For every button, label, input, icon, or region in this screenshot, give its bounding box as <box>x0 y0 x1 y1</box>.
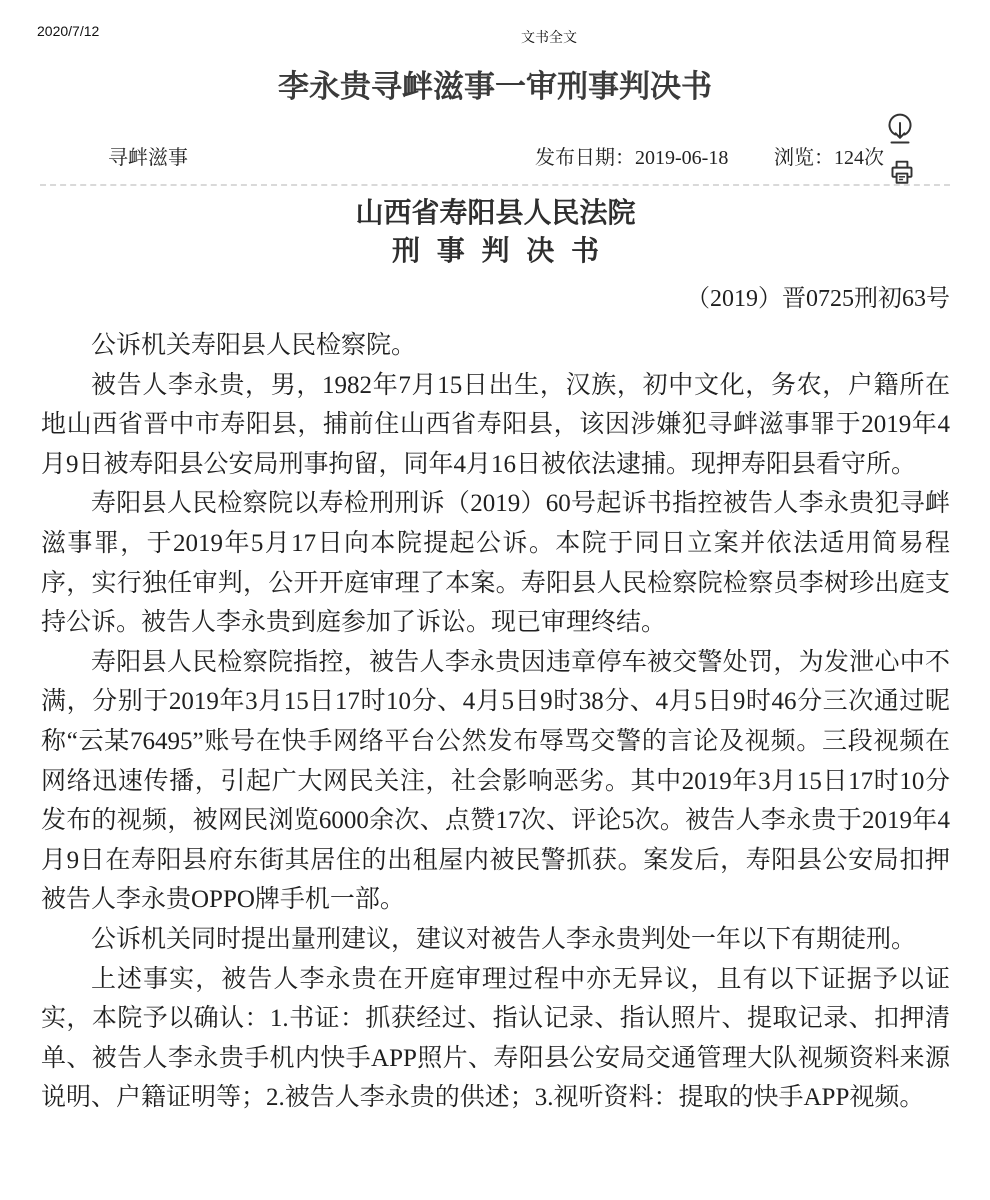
dashed-divider <box>40 184 950 186</box>
print-page: 2020/7/12 文书全文 李永贵寻衅滋事一审刑事判决书 寻衅滋事 发布日期：… <box>0 0 990 1200</box>
publish-date: 发布日期：2019-06-18 <box>535 141 728 170</box>
print-header-date: 2020/7/12 <box>37 23 99 39</box>
paragraph-defendant-info: 被告人李永贵，男，1982年7月15日出生，汉族，初中文化，务农，户籍所在地山西… <box>41 366 950 485</box>
paragraph-evidence: 上述事实，被告人李永贵在开庭审理过程中亦无异议，且有以下证据予以证实，本院予以确… <box>41 960 950 1118</box>
document-type: 刑 事 判 决 书 <box>41 234 950 268</box>
printer-icon <box>889 159 915 186</box>
article-title: 李永贵寻衅滋事一审刑事判决书 <box>0 61 990 106</box>
cloud-download-icon <box>886 111 914 145</box>
download-button[interactable] <box>886 111 914 145</box>
paragraph-indictment-procedure: 寿阳县人民检察院以寿检刑刑诉（2019）60号起诉书指控被告人李永贵犯寻衅滋事罪… <box>41 484 950 642</box>
views-count: 浏览：124次 <box>774 141 884 170</box>
print-header-doc-label: 文书全文 <box>521 27 577 47</box>
court-name: 山西省寿阳县人民法院 <box>41 196 950 230</box>
paragraph-alleged-facts: 寿阳县人民检察院指控，被告人李永贵因违章停车被交警处罚，为发泄心中不满，分别于2… <box>41 643 950 920</box>
judgment-document: 山西省寿阳县人民法院 刑 事 判 决 书 （2019）晋0725刑初63号 公诉… <box>41 196 950 1118</box>
print-button[interactable] <box>889 159 915 186</box>
case-number: （2019）晋0725刑初63号 <box>41 284 950 314</box>
paragraph-sentencing-recommendation: 公诉机关同时提出量刑建议，建议对被告人李永贵判处一年以下有期徒刑。 <box>41 920 950 960</box>
category-tag: 寻衅滋事 <box>108 141 188 170</box>
paragraph-prosecuting-organ: 公诉机关寿阳县人民检察院。 <box>41 326 950 366</box>
